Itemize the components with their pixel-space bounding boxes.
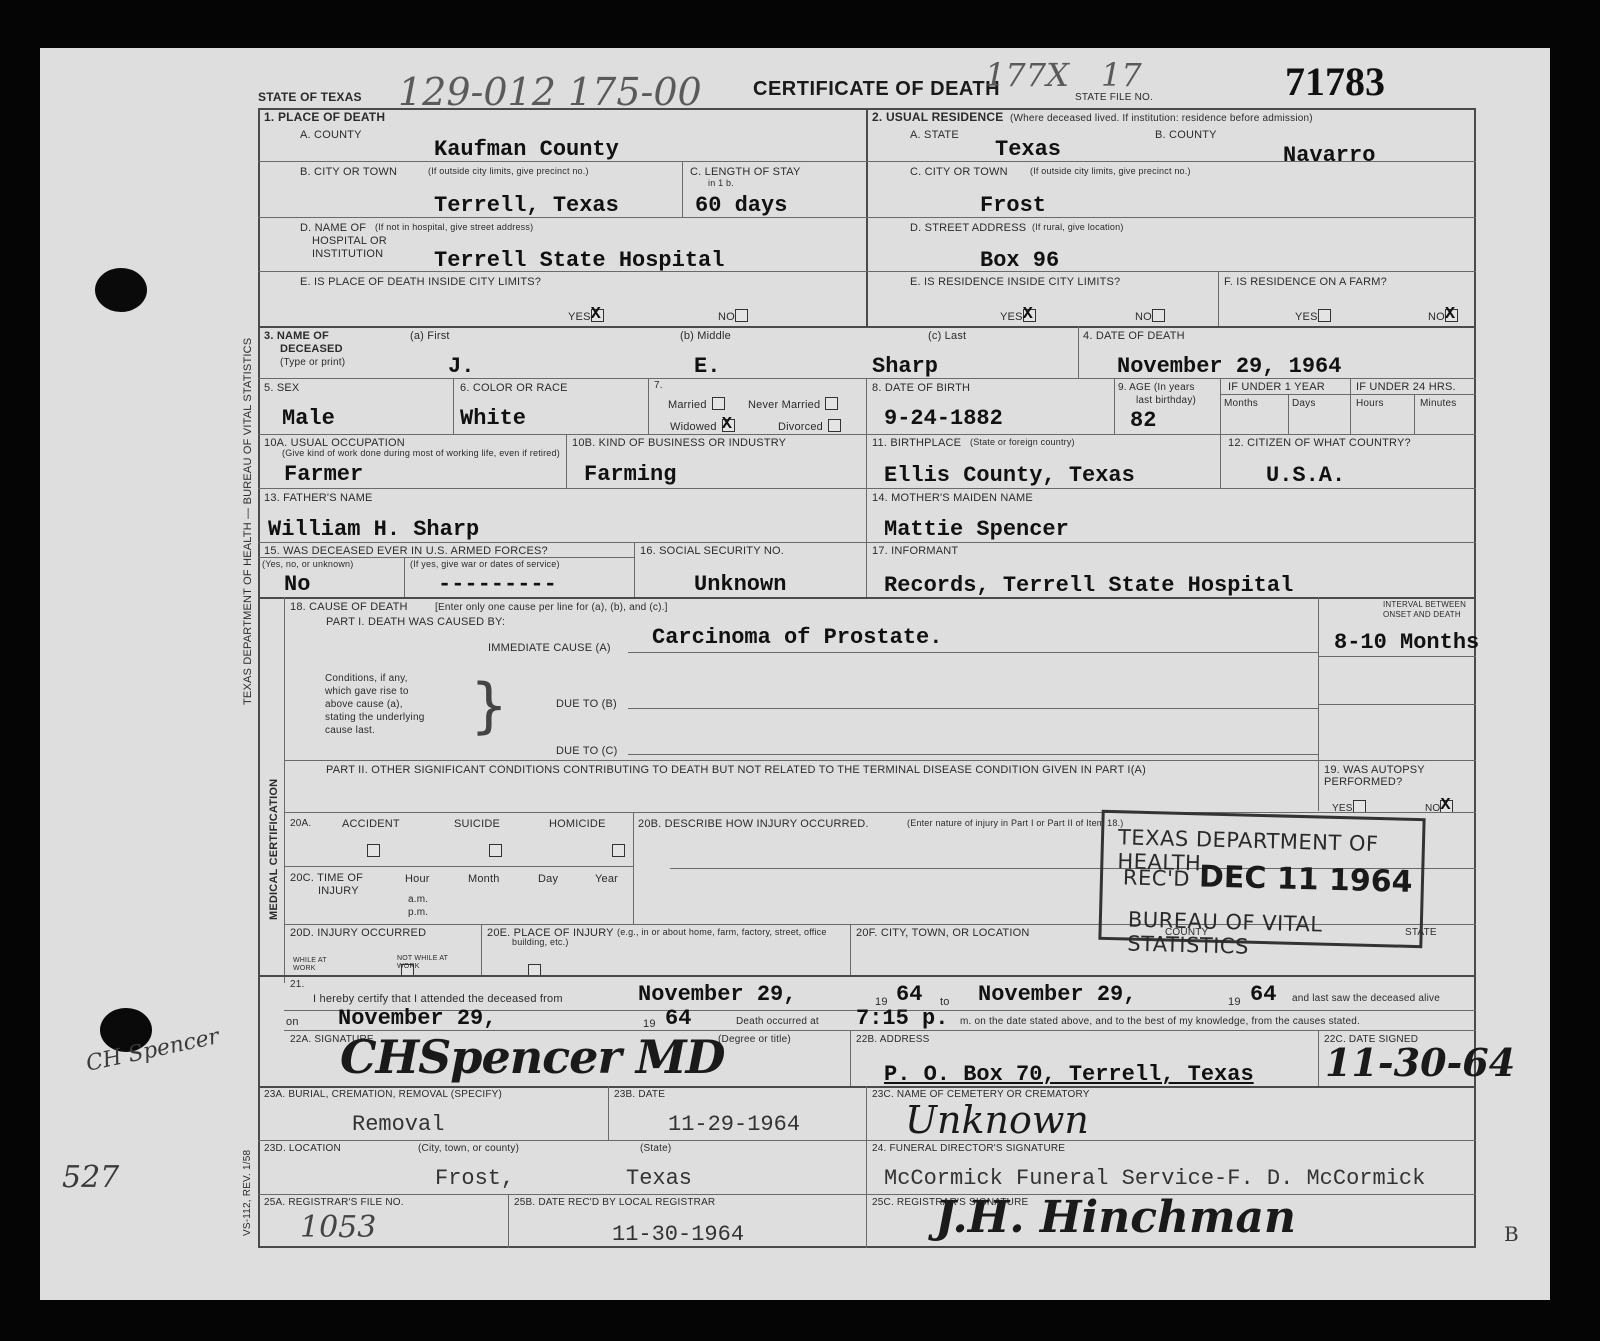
residence-state: Texas — [995, 137, 1061, 162]
physician-signature: CHSpencer MD — [340, 1030, 725, 1084]
birthplace-label: 11. BIRTHPLACE — [872, 437, 961, 449]
county-label: a. COUNTY — [300, 129, 362, 141]
cause-of-death-label: 18. CAUSE OF DEATH — [290, 601, 408, 613]
street-address-label: d. STREET ADDRESS — [910, 222, 1026, 234]
disposition-date-label: 23b. DATE — [614, 1089, 665, 1100]
marital-divorced[interactable]: Divorced — [778, 415, 841, 434]
immediate-cause: Carcinoma of Prostate. — [652, 625, 942, 650]
name-of-deceased-label: 3. NAME OF — [264, 330, 329, 342]
cert-text-3: m. on the date stated above, and to the … — [960, 1016, 1360, 1027]
state-file-number: 71783 — [1285, 58, 1385, 105]
name-of-deceased-label-2: DECEASED — [280, 343, 343, 355]
month-label: Month — [468, 873, 500, 885]
cert-text-2: and last saw the deceased alive — [1292, 993, 1440, 1004]
pm-label: p.m. — [408, 907, 428, 918]
registrar-signature: J.H. Hinchman — [935, 1192, 1296, 1243]
dob-label: 8. DATE OF BIRTH — [872, 382, 970, 394]
residence-state-label: a. STATE — [910, 129, 959, 141]
funeral-director: McCormick Funeral Service-F. D. McCormic… — [884, 1166, 1425, 1191]
suicide-checkbox[interactable] — [489, 844, 502, 857]
birthplace: Ellis County, Texas — [884, 463, 1135, 488]
place-of-injury-hint: (e.g., in or about home, farm, factory, … — [512, 928, 847, 948]
armed-forces: No — [284, 572, 310, 597]
race: White — [460, 406, 526, 431]
form-id-label: VS-112, REV. 1/58 — [242, 1150, 253, 1236]
margin-handwritten-number: 527 — [62, 1160, 119, 1195]
middle-name-label: (b) Middle — [680, 330, 731, 342]
address-label: 22b. ADDRESS — [856, 1034, 930, 1045]
residence-county-label: b. COUNTY — [1155, 129, 1217, 141]
right-margin-mark: B — [1504, 1222, 1519, 1246]
cemetery-name: Unknown — [905, 1098, 1089, 1142]
occupation: Farmer — [284, 462, 363, 487]
time-of-injury-label-2: INJURY — [318, 885, 359, 897]
homicide-label: HOMICIDE — [549, 818, 606, 830]
attended-to-year: 64 — [1250, 982, 1276, 1007]
marital-married[interactable]: Married — [668, 393, 725, 412]
city-label: b. CITY OR TOWN — [300, 166, 397, 178]
usual-residence-label: 2. USUAL RESIDENCE — [872, 111, 1003, 124]
death-time: 7:15 p. — [856, 1006, 948, 1031]
injury-num: 20a. — [290, 818, 311, 829]
death-inside-limits-no[interactable]: NO — [718, 305, 748, 324]
while-at-work-label: WHILE AT WORK — [293, 957, 329, 972]
middle-name: E. — [694, 354, 720, 379]
race-label: 6. COLOR OR RACE — [460, 382, 568, 394]
attended-from-year: 64 — [896, 982, 922, 1007]
stamp-recd-label: REC'D — [1123, 865, 1191, 891]
date-of-birth: 9-24-1882 — [884, 406, 1003, 431]
time-of-injury-label: 20c. TIME OF — [290, 872, 363, 884]
hospital-hint: (If not in hospital, give street address… — [375, 223, 533, 233]
father-name: William H. Sharp — [268, 517, 479, 542]
father-label: 13. FATHER'S NAME — [264, 492, 373, 504]
suicide-label: SUICIDE — [454, 818, 500, 830]
disposition-method-label: 23a. BURIAL, CREMATION, REMOVAL (Specify… — [264, 1089, 502, 1100]
first-name: J. — [448, 354, 474, 379]
to-year-prefix: 19 — [1228, 996, 1241, 1008]
on-label: on — [286, 1016, 299, 1028]
injury-occurred-label: 20d. INJURY OCCURRED — [290, 927, 426, 939]
length-of-stay: 60 days — [695, 193, 787, 218]
armed-forces-hint-2: (If yes, give war or dates of service) — [410, 560, 560, 570]
date-of-death: November 29, 1964 — [1117, 354, 1341, 379]
location-label: 23d. LOCATION — [264, 1143, 341, 1154]
homicide-checkbox[interactable] — [612, 844, 625, 857]
minutes-label: Minutes — [1420, 398, 1456, 409]
agency-vertical-label: TEXAS DEPARTMENT OF HEALTH — BUREAU OF V… — [242, 338, 254, 705]
registrar-date: 11-30-1964 — [612, 1222, 744, 1247]
funeral-director-label: 24. FUNERAL DIRECTOR'S SIGNATURE — [872, 1143, 1065, 1154]
interval-label-2: ONSET AND DEATH — [1383, 611, 1461, 620]
degree-label: (Degree or title) — [718, 1034, 791, 1045]
occupation-hint: (Give kind of work done during most of w… — [282, 449, 567, 459]
armed-forces-service: --------- — [438, 572, 557, 597]
interval-onset-death: 8-10 Months — [1334, 630, 1479, 655]
hospital-label-3: INSTITUTION — [312, 248, 383, 260]
part-one-label: PART I. DEATH WAS CAUSED BY: — [326, 616, 505, 628]
not-at-work-label: NOT WHILE AT WORK — [397, 955, 452, 970]
location-state: Texas — [626, 1166, 692, 1191]
informant: Records, Terrell State Hospital — [884, 573, 1293, 598]
last-name-label: (c) Last — [928, 330, 966, 342]
disposition-method: Removal — [352, 1112, 444, 1137]
marital-num: 7. — [654, 380, 663, 391]
checkbox-empty[interactable] — [828, 419, 841, 432]
registrar-file-label: 25a. REGISTRAR'S FILE NO. — [264, 1197, 404, 1208]
certificate-title: CERTIFICATE OF DEATH — [753, 78, 1000, 101]
registrar-date-label: 25b. DATE REC'D BY LOCAL REGISTRAR — [514, 1197, 715, 1208]
place-of-death-county: Kaufman County — [434, 137, 619, 162]
industry-label: 10b. KIND OF BUSINESS OR INDUSTRY — [572, 437, 786, 449]
marital-never-married[interactable]: Never Married — [748, 393, 838, 412]
describe-injury-label: 20b. DESCRIBE HOW INJURY OCCURRED. — [638, 818, 869, 830]
hospital-label-2: HOSPITAL OR — [312, 235, 387, 247]
usual-residence-hint: (Where deceased lived. If institution: r… — [1010, 113, 1313, 124]
checkbox-empty[interactable] — [735, 309, 748, 322]
armed-forces-label: 15. WAS DECEASED EVER IN U.S. ARMED FORC… — [264, 545, 548, 557]
checkbox-empty[interactable] — [712, 397, 725, 410]
sex: Male — [282, 406, 335, 431]
due-to-b-label: DUE TO (b) — [556, 698, 617, 710]
disposition-date: 11-29-1964 — [668, 1112, 800, 1137]
checkbox-checked[interactable] — [1023, 309, 1036, 322]
state-of-texas-label: STATE OF TEXAS — [258, 91, 362, 104]
hospital-name: Terrell State Hospital — [434, 248, 724, 273]
location-state-hint: (State) — [640, 1143, 671, 1154]
sex-label: 5. SEX — [264, 382, 299, 394]
cause-of-death-hint: [Enter only one cause per line for (a), … — [435, 602, 668, 613]
age-hint: last birthday) — [1136, 395, 1196, 406]
date-signed: 11-30-64 — [1325, 1040, 1515, 1085]
place-of-death-label: 1. PLACE OF DEATH — [264, 111, 385, 124]
received-stamp: TEXAS DEPARTMENT OF HEALTH REC'D DEC 11 … — [1098, 810, 1425, 948]
industry: Farming — [584, 462, 676, 487]
residence-street: Box 96 — [980, 248, 1059, 273]
citizen-label: 12. CITIZEN OF WHAT COUNTRY? — [1228, 437, 1411, 449]
age-label: 9. AGE (In years — [1118, 382, 1195, 393]
last-name: Sharp — [872, 354, 938, 379]
residence-inside-limits-label: e. IS RESIDENCE INSIDE CITY LIMITS? — [910, 276, 1120, 288]
stamp-date: DEC 11 1964 — [1199, 859, 1413, 900]
residence-city-hint: (If outside city limits, give precinct n… — [1030, 167, 1191, 177]
checkbox-empty[interactable] — [825, 397, 838, 410]
conditions-note: Conditions, if any, which gave rise to a… — [325, 672, 435, 737]
brace: } — [470, 676, 508, 736]
under-24-hours-label: IF UNDER 24 HRS. — [1356, 381, 1456, 393]
year-label: Year — [595, 873, 618, 885]
autopsy-label: 19. WAS AUTOPSY PERFORMED? — [1324, 764, 1464, 788]
last-seen-year-prefix: 19 — [643, 1018, 656, 1030]
marital-widowed[interactable]: Widowed — [670, 415, 735, 434]
social-security-number: Unknown — [694, 572, 786, 597]
mother-maiden-name: Mattie Spencer — [884, 517, 1069, 542]
residence-county: Navarro — [1283, 143, 1375, 168]
city-hint: (If outside city limits, give precinct n… — [428, 167, 589, 177]
checkbox-checked[interactable] — [591, 309, 604, 322]
inside-city-limits-label: e. IS PLACE OF DEATH INSIDE CITY LIMITS? — [300, 276, 541, 288]
hours-label: Hours — [1356, 398, 1384, 409]
injury-city-label: 20f. CITY, TOWN, OR LOCATION — [856, 927, 1029, 939]
residence-city-label: c. CITY OR TOWN — [910, 166, 1008, 178]
cert-num: 21. — [290, 979, 305, 990]
residence-inside-limits-no[interactable]: NO — [1135, 305, 1165, 324]
death-inside-limits-yes[interactable]: YES — [568, 305, 604, 324]
length-of-stay-hint: in 1 b. — [708, 179, 734, 189]
medical-certification-label: MEDICAL CERTIFICATION — [268, 779, 280, 920]
cert-text-1: I hereby certify that I attended the dec… — [313, 993, 563, 1005]
describe-injury-hint: (Enter nature of injury in Part I or Par… — [907, 819, 1123, 829]
attended-to-date: November 29, — [978, 982, 1136, 1007]
stamp-line-3: BUREAU OF VITAL STATISTICS — [1127, 908, 1420, 964]
registrar-file-number: 1053 — [300, 1210, 376, 1245]
attended-from-date: November 29, — [638, 982, 796, 1007]
residence-farm-no[interactable]: NO — [1428, 305, 1458, 324]
place-of-death-city: Terrell, Texas — [434, 193, 619, 218]
part-two-label: PART II. OTHER SIGNIFICANT CONDITIONS CO… — [326, 764, 1146, 776]
hospital-label: d. NAME OF — [300, 222, 366, 234]
immediate-cause-label: IMMEDIATE CAUSE (a) — [488, 642, 611, 654]
checkbox-empty[interactable] — [1318, 309, 1331, 322]
death-at-label: Death occurred at — [736, 1016, 819, 1027]
informant-label: 17. INFORMANT — [872, 545, 958, 557]
day-label: Day — [538, 873, 558, 885]
residence-farm-yes[interactable]: YES — [1295, 305, 1331, 324]
residence-inside-limits-yes[interactable]: YES — [1000, 305, 1036, 324]
interval-label-1: INTERVAL BETWEEN — [1383, 601, 1466, 610]
location-city-hint: (City, town, or county) — [418, 1143, 519, 1154]
punch-hole-top — [95, 268, 147, 312]
accident-checkbox[interactable] — [367, 844, 380, 857]
checkbox-checked[interactable] — [1445, 309, 1458, 322]
days-label: Days — [1292, 398, 1316, 409]
age: 82 — [1130, 408, 1156, 433]
physician-address: P. O. Box 70, Terrell, Texas — [884, 1062, 1254, 1087]
first-name-label: (a) First — [410, 330, 450, 342]
handwritten-codes-right: 177X 17 — [985, 56, 1142, 94]
residence-city: Frost — [980, 193, 1046, 218]
mother-label: 14. MOTHER'S MAIDEN NAME — [872, 492, 1033, 504]
street-address-hint: (If rural, give location) — [1032, 223, 1124, 233]
hour-label: Hour — [405, 873, 430, 885]
location-city: Frost, — [435, 1166, 514, 1191]
due-to-c-label: DUE TO (c) — [556, 745, 618, 757]
date-of-death-label: 4. DATE OF DEATH — [1083, 330, 1185, 342]
checkbox-checked[interactable] — [722, 419, 735, 432]
birthplace-hint: (State or foreign country) — [970, 438, 1075, 448]
ssn-label: 16. SOCIAL SECURITY NO. — [640, 545, 784, 557]
type-or-print-hint: (Type or print) — [280, 357, 345, 368]
length-of-stay-label: c. LENGTH OF STAY — [690, 166, 801, 178]
accident-label: ACCIDENT — [342, 818, 400, 830]
state-file-label: STATE FILE NO. — [1075, 92, 1153, 103]
checkbox-empty[interactable] — [1152, 309, 1165, 322]
armed-forces-hint-1: (Yes, no, or unknown) — [262, 560, 353, 570]
last-seen-date: November 29, — [338, 1006, 496, 1031]
am-label: a.m. — [408, 894, 428, 905]
residence-farm-label: f. IS RESIDENCE ON A FARM? — [1224, 276, 1387, 288]
last-seen-year: 64 — [665, 1006, 691, 1031]
citizen: U.S.A. — [1266, 463, 1345, 488]
months-label: Months — [1224, 398, 1258, 409]
under-one-year-label: IF UNDER 1 YEAR — [1228, 381, 1325, 393]
